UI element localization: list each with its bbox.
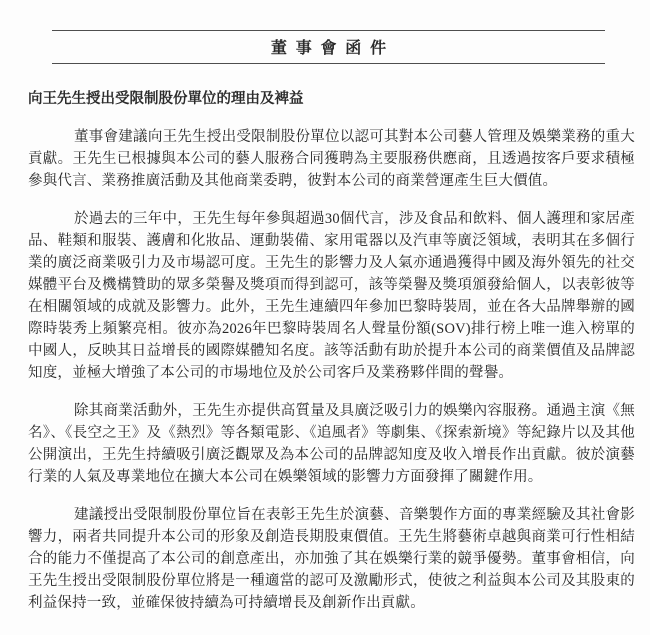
document-title: 董事會函件 [52, 35, 605, 58]
paragraph-2: 於過去的三年中，王先生每年參與超過30個代言，涉及食品和飲料、個人護理和家居產品… [28, 208, 635, 384]
board-letter-header: 董事會函件 [52, 30, 605, 64]
section-heading: 向王先生授出受限制股份單位的理由及裨益 [28, 88, 635, 110]
paragraph-4: 建議授出受限制股份單位旨在表彰王先生於演藝、音樂製作方面的專業經驗及其社會影響力… [28, 504, 635, 614]
document-page: 董事會函件 向王先生授出受限制股份單位的理由及裨益 董事會建議向王先生授出受限制… [0, 0, 650, 635]
paragraph-3: 除其商業活動外，王先生亦提供高質量及具廣泛吸引力的娛樂內容服務。通過主演《無名》… [28, 400, 635, 488]
paragraph-1: 董事會建議向王先生授出受限制股份單位以認可其對本公司藝人管理及娛樂業務的重大貢獻… [28, 126, 635, 192]
